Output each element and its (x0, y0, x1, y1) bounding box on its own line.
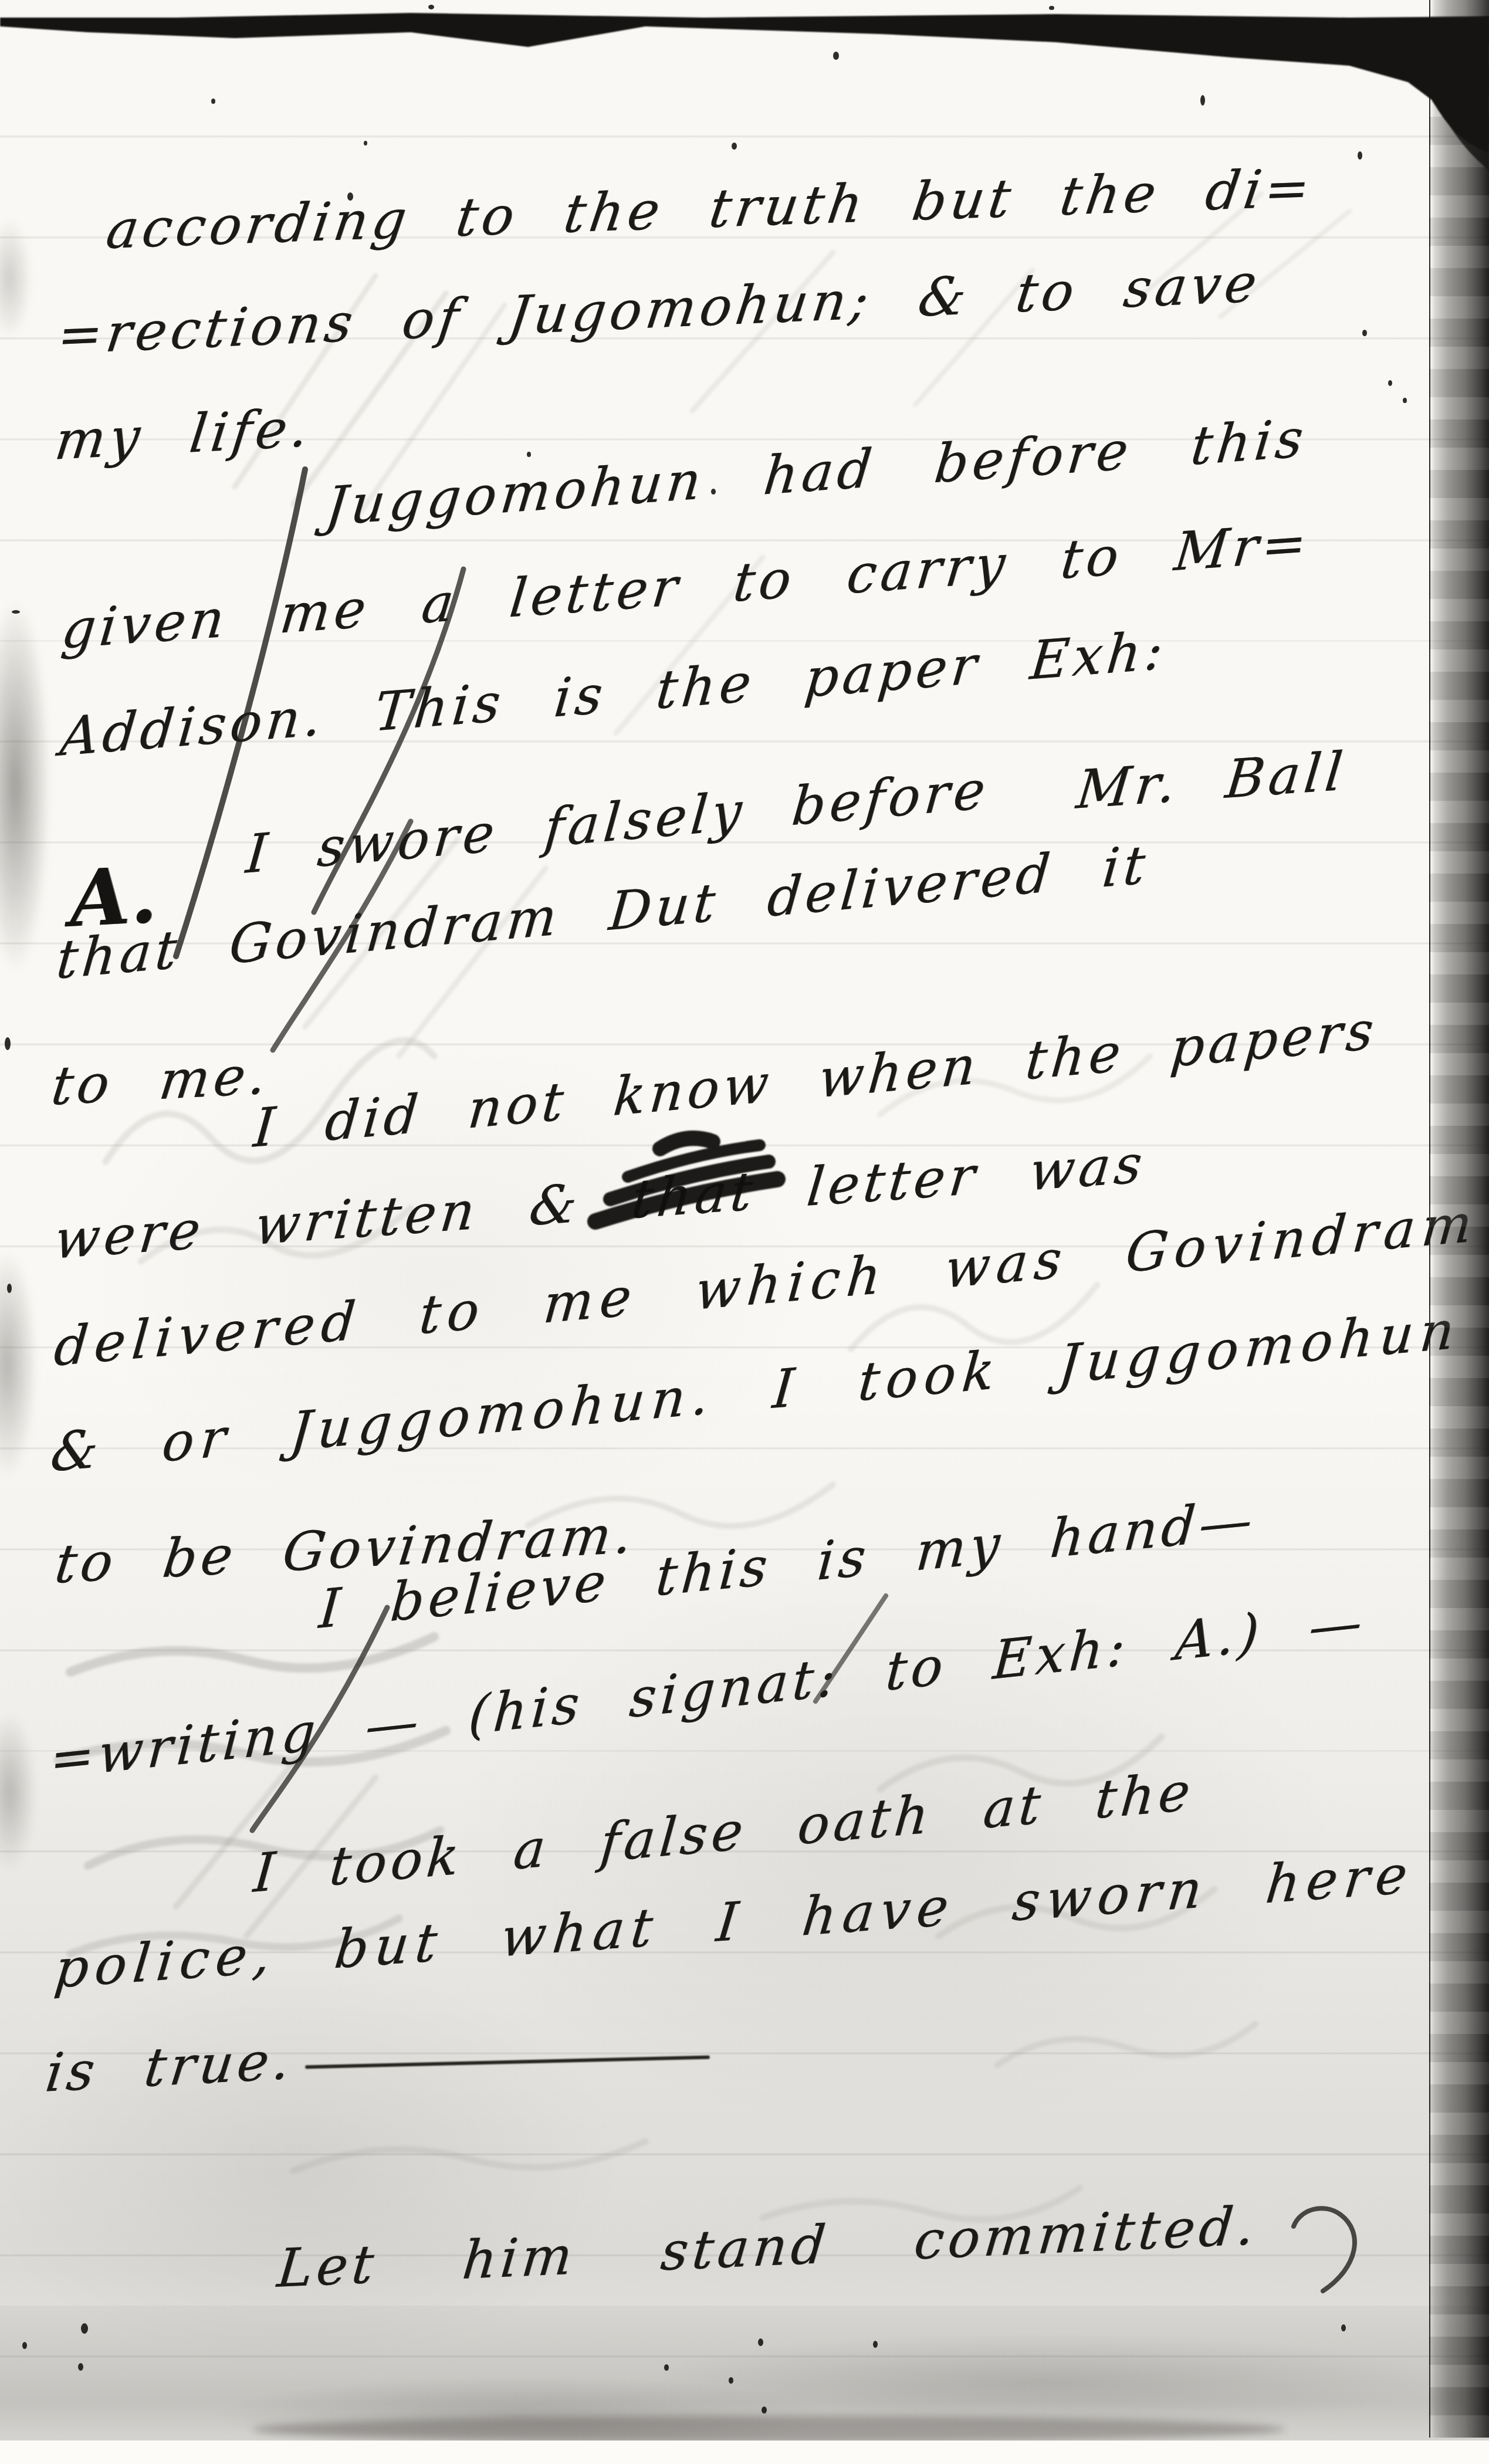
manuscript-page: according to the truth but the di= =rect… (0, 0, 1489, 2464)
top-scan-edge (0, 0, 1489, 176)
scan-margin-strip (0, 2441, 1489, 2464)
book-page-edge (1429, 0, 1489, 2438)
bottom-edge-smudge (252, 2416, 1285, 2443)
ink-blot (0, 0, 1489, 2464)
